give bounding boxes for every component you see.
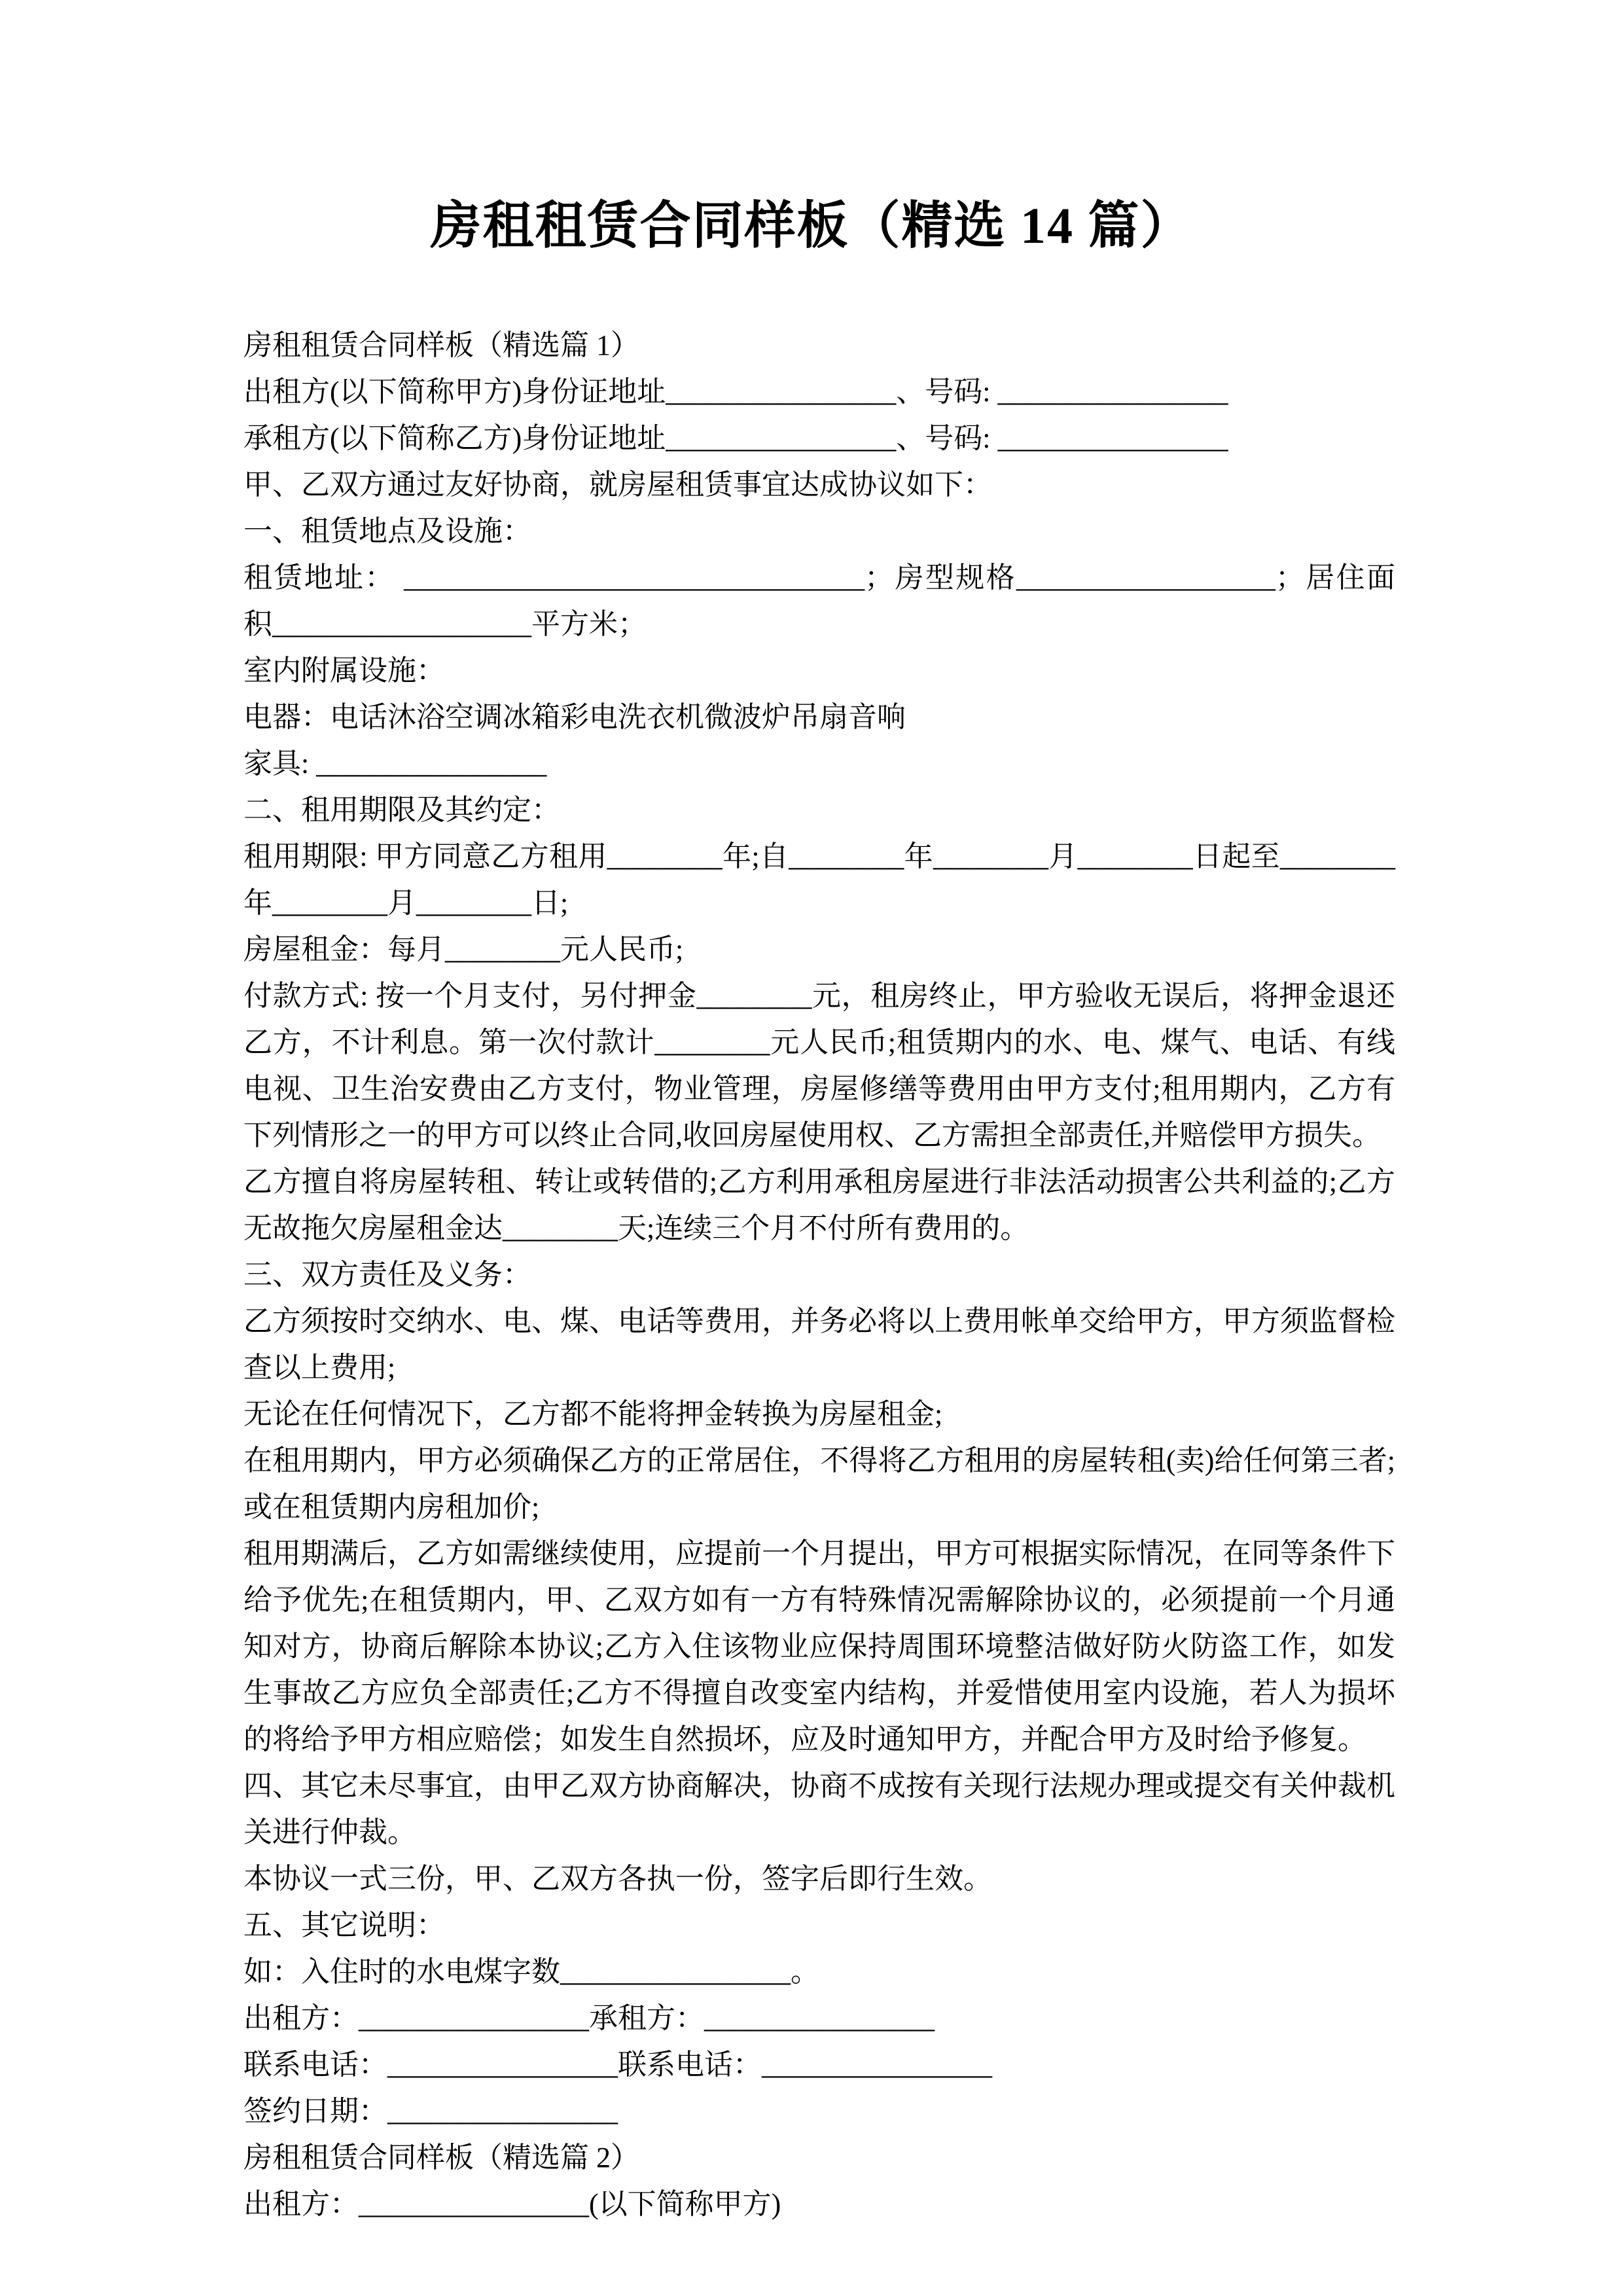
landlord-obligation-clause: 在租用期内，甲方必须确保乙方的正常居住，不得将乙方租用的房屋转租(卖)给任何第三… (243, 1437, 1395, 1530)
deposit-rule-clause: 无论在任何情况下，乙方都不能将押金转换为房屋租金; (243, 1391, 1395, 1437)
section3-heading: 三、双方责任及义务： (243, 1251, 1395, 1298)
copies-effectiveness-clause: 本协议一式三份，甲、乙双方各执一份，签字后即行生效。 (243, 1856, 1395, 1902)
lease-term-line: 租用期限: 甲方同意乙方租用________年;自________年______… (243, 833, 1395, 926)
subtitle-part1: 房租租赁合同样板（精选篇 1） (243, 322, 1395, 368)
furniture-line: 家具: ________________ (243, 740, 1395, 787)
section1-heading: 一、租赁地点及设施： (243, 508, 1395, 554)
section2-heading: 二、租用期限及其约定： (243, 787, 1395, 833)
section5-heading: 五、其它说明： (243, 1902, 1395, 1948)
contract-document-page: 房租租赁合同样板（精选 14 篇） 房租租赁合同样板（精选篇 1） 出租方(以下… (0, 0, 1623, 2296)
subtitle-part2: 房租租赁合同样板（精选篇 2） (243, 2134, 1395, 2181)
agreement-intro: 甲、乙双方通过友好协商，就房屋租赁事宜达成协议如下： (243, 461, 1395, 508)
meter-readings-line: 如：入住时的水电煤字数________________。 (243, 1948, 1395, 1995)
signing-date-line: 签约日期：________________ (243, 2088, 1395, 2134)
section4-dispute-clause: 四、其它未尽事宜，由甲乙双方协商解决，协商不成按有关现行法规办理或提交有关仲裁机… (243, 1763, 1395, 1856)
utilities-obligation-clause: 乙方须按时交纳水、电、煤、电话等费用，并务必将以上费用帐单交给甲方，甲方须监督检… (243, 1298, 1395, 1391)
appliances-line: 电器：电话沐浴空调冰箱彩电洗衣机微波炉吊扇音响 (243, 694, 1395, 740)
lessor-id-line: 出租方(以下简称甲方)身份证地址________________、号码: ___… (243, 368, 1395, 415)
lessee-id-line: 承租方(以下简称乙方)身份证地址________________、号码: ___… (243, 415, 1395, 461)
contact-phones-line: 联系电话：________________联系电话：______________… (243, 2041, 1395, 2088)
rent-amount-line: 房屋租金：每月________元人民币; (243, 926, 1395, 973)
renewal-and-rules-clause: 租用期满后，乙方如需继续使用，应提前一个月提出，甲方可根据实际情况，在同等条件下… (243, 1530, 1395, 1763)
indoor-facilities-label: 室内附属设施： (243, 647, 1395, 694)
rental-address-line: 租赁地址： ________________________________；房… (243, 554, 1395, 647)
document-title: 房租租赁合同样板（精选 14 篇） (0, 0, 1623, 262)
payment-terms-clause: 付款方式: 按一个月支付，另付押金________元，租房终止，甲方验收无误后，… (243, 973, 1395, 1158)
lessor-line-part2: 出租方：________________(以下简称甲方) (243, 2181, 1395, 2227)
breach-conditions-clause: 乙方擅自将房屋转租、转让或转借的;乙方利用承租房屋进行非法活动损害公共利益的;乙… (243, 1158, 1395, 1251)
signatures-line: 出租方：________________承租方：________________ (243, 1995, 1395, 2041)
document-body: 房租租赁合同样板（精选篇 1） 出租方(以下简称甲方)身份证地址________… (243, 322, 1395, 2227)
